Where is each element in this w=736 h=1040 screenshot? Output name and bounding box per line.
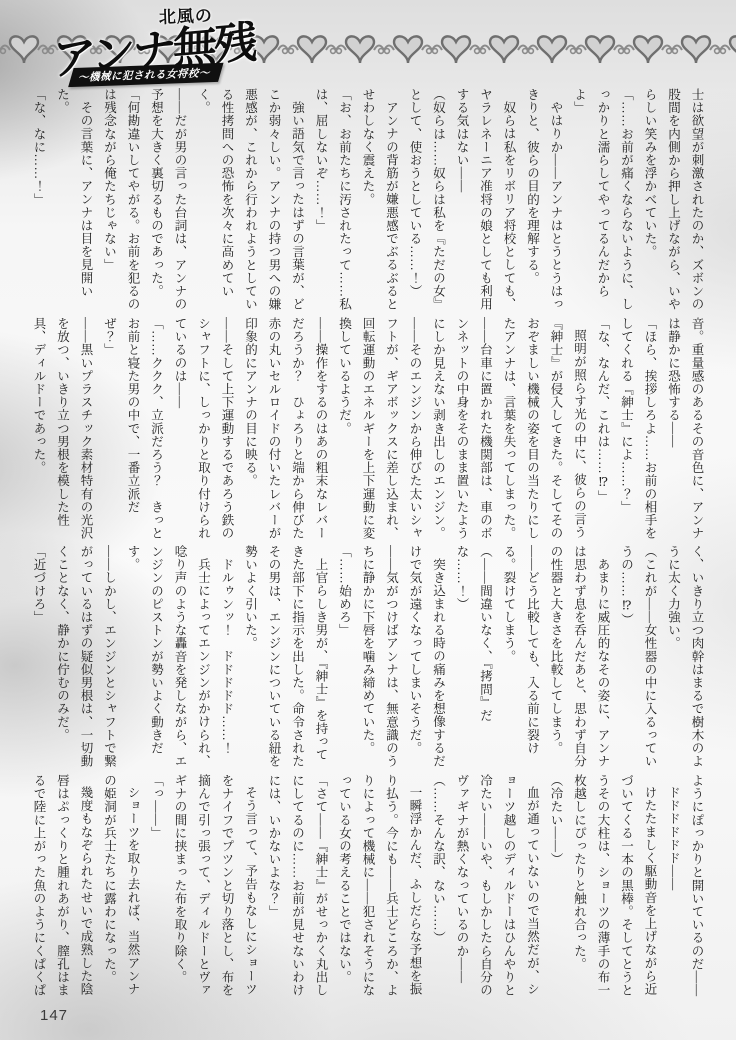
paragraph: （これが――女性器の中に入るっていうの……⁉） (614, 545, 661, 773)
paragraph: ――気がつけばアンナは、無意識のうちに静かに下唇を噛み締めていた。 (356, 545, 403, 773)
paragraph: 照明が照らす光の中に、彼らの言う『紳士』が侵入してきた。そしてそのおぞましい機械… (497, 317, 591, 545)
paragraph: 「……ククク、立派だろう？ きっとお前と寝た男の中で、一番立派だぜ？」 (97, 317, 168, 545)
paragraph: ――黒いプラスチック素材特有の光沢を放つ、いきり立つ男根を模した性具、ディルドー… (30, 317, 97, 545)
page-number: 147 (40, 1007, 68, 1024)
paragraph: ――そのエンジンから伸びた太いシャフトが、ギアボックスに差し込まれ、回転運動のエ… (332, 317, 426, 545)
paragraph: やはりか――アンナはとうとうはっきりと、彼らの目的を理解する。 (520, 88, 567, 316)
paragraph: 士は欲望が刺激されたのか、ズボンの股間を内側から押し上げながら、いやらしい笑みを… (638, 88, 709, 316)
text-block-4: ようにぽっかりと開いているのだ――ドドドドドド――けたたましく駆動音を上げながら… (30, 774, 708, 1002)
novel-page: 北風の アンナ無残 ～機械に犯される女将校～ 士は欲望が刺激されたのか、ズボンの… (0, 0, 736, 1040)
paragraph: その言葉に、アンナは目を見開いた。 (50, 88, 97, 316)
paragraph: 突き込まれる時の痛みを想像するだけで気が遠くなってしまいそうだ。 (403, 545, 450, 773)
paragraph: 「さて――『紳士』がせっかく丸出しにしてるのに……お前が見せないわけには、いかな… (262, 774, 333, 1002)
paragraph: 上官らしき男が、『紳士』を持ってきた部下に指示を出した。命令されたその男は、エン… (238, 545, 332, 773)
paragraph: ドドドドドド―― (661, 774, 685, 1002)
paragraph: ――台車に置かれた機関部は、車のボンネットの中身をそのまま置いたようにしか見えな… (426, 317, 497, 545)
paragraph: （――間違いなく、『拷問』だな……！） (450, 545, 497, 773)
paragraph: 「な、なんだ、これは……⁉」 (591, 317, 615, 545)
paragraph: 強い語気で言ったはずの言葉が、どこか弱々しい。アンナの持つ男への嫌悪感が、これか… (191, 88, 309, 316)
paragraph: 「何勘違いしてやがる。お前を犯るのは残念ながら俺たちじゃない」 (97, 88, 144, 316)
paragraph: 「……お前が痛くならないように、しっかりと濡らしてやってるんだからよ」 (567, 88, 638, 316)
paragraph: ――操作をするのはあの粗末なレバーだろうか？ ひょろりと端から伸びた赤の丸いセル… (238, 317, 332, 545)
paragraph: 奴らは私をリボリア将校としても、ヤラレネーニア准将の娘としても利用する気はない―… (450, 88, 521, 316)
novel-text-body: 士は欲望が刺激されたのか、ズボンの股間を内側から押し上げながら、いやらしい笑みを… (30, 88, 708, 1002)
paragraph: ――だが男の言った台詞は、アンナの予想を大きく裏切るものであった。 (144, 88, 191, 316)
paragraph: アンナの背筋が嫌悪感でぶるぶるとせわしなく震えた。 (356, 88, 403, 316)
paragraph: （冷たい――） (544, 774, 568, 1002)
title-logo: 北風の アンナ無残 ～機械に犯される女将校～ (50, 0, 323, 103)
paragraph: （奴らは……奴らは私を『ただの女』として、使おうとしている……！） (403, 88, 450, 316)
text-block-3: く、いきり立つ肉幹はまるで樹木のように太く力強い。（これが――女性器の中に入るっ… (30, 545, 708, 773)
title-subtitle: ～機械に犯される女将校～ (68, 63, 223, 87)
paragraph: 「な、なに……！」 (30, 88, 50, 316)
paragraph: ――そして上下運動するであろう鉄のシャフトに、しっかりと取り付けられているのは―… (168, 317, 239, 545)
paragraph: ドルゥンッ！ ドドドドド……！ (215, 545, 239, 773)
paragraph: ようにぽっかりと開いているのだ―― (685, 774, 709, 1002)
paragraph: （……そんな訳、ない……） (426, 774, 450, 1002)
paragraph: ショーツを取り去れば、当然アンナの姫洞が兵士たちに露わになった。 (97, 774, 144, 1002)
text-block-2: 音。重量感のあるその音色に、アンナは静かに恐怖する――「ほら、挨拶しろよ……お前… (30, 317, 708, 545)
paragraph: そう言って、予告もなしにショーツをナイフでプツンと切り落とし、布を摘んで引っ張っ… (168, 774, 262, 1002)
paragraph: あまりに威圧的なその姿に、アンナは思わず息を呑んだあと、思わず自分の性器と大きさ… (544, 545, 615, 773)
paragraph: 「っ――」 (144, 774, 168, 1002)
paragraph: 「お、お前たちに汚されたって……私は、屈しないぞ……！」 (309, 88, 356, 316)
paragraph: ――しかし、エンジンとシャフトで繋がっているはずの疑似男根は、一切動くことなく、… (50, 545, 121, 773)
paragraph: 一瞬浮かんだ、ふしだらな予想を振り払う。今にも――兵士どころか、よりによって機械… (332, 774, 426, 1002)
paragraph: けたたましく駆動音を上げながら近づいてくる一本の黒棒。そしてとうとうその大柱は、… (567, 774, 661, 1002)
paragraph: 血が通っていないので当然だが、ショーツ越しのディルドーはひんやりと冷たい――いや… (450, 774, 544, 1002)
paragraph: く、いきり立つ肉幹はまるで樹木のように太く力強い。 (661, 545, 708, 773)
paragraph: 「ほら、挨拶しろよ……お前の相手をしてくれる『紳士』によ……？」 (614, 317, 661, 545)
paragraph: 幾度もなぞられたせいで成熟した陰唇はぷっくりと腫れあがり、膣孔はまるで陸に上がっ… (30, 774, 97, 1002)
text-block-1: 士は欲望が刺激されたのか、ズボンの股間を内側から押し上げながら、いやらしい笑みを… (30, 88, 708, 316)
paragraph: ――どう比較しても、入る前に裂ける。裂けてしまう。 (497, 545, 544, 773)
paragraph: 兵士によってエンジンがかけられ、唸り声のような轟音を発しながら、エンジンのピスト… (121, 545, 215, 773)
paragraph: 「近づけろ」 (30, 545, 50, 773)
paragraph: 「……始めろ」 (332, 545, 356, 773)
paragraph: 音。重量感のあるその音色に、アンナは静かに恐怖する―― (661, 317, 708, 545)
